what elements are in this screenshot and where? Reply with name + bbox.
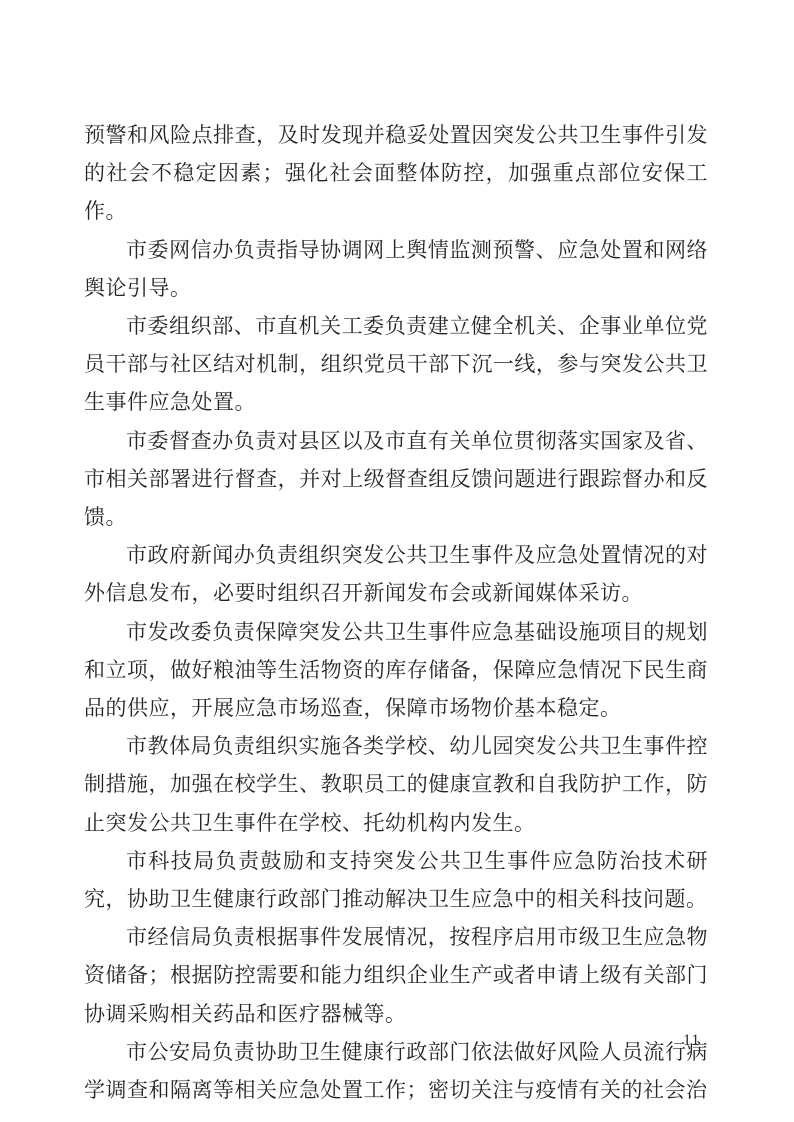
paragraph: 市委网信办负责指导协调网上舆情监测预警、应急处置和网络舆论引导。 bbox=[84, 231, 708, 307]
paragraph: 市科技局负责鼓励和支持突发公共卫生事件应急防治技术研究，协助卫生健康行政部门推动… bbox=[84, 842, 708, 918]
paragraph: 市委组织部、市直机关工委负责建立健全机关、企事业单位党员干部与社区结对机制，组织… bbox=[84, 307, 708, 422]
paragraph: 市教体局负责组织实施各类学校、幼儿园突发公共卫生事件控制措施，加强在校学生、教职… bbox=[84, 727, 708, 842]
paragraph: 市公安局负责协助卫生健康行政部门依法做好风险人员流行病学调查和隔离等相关应急处置… bbox=[84, 1033, 708, 1109]
page-number: 11 bbox=[683, 1032, 700, 1050]
paragraph: 市经信局负责根据事件发展情况，按程序启用市级卫生应急物资储备；根据防控需要和能力… bbox=[84, 918, 708, 1033]
document-page: 预警和风险点排查，及时发现并稳妥处置因突发公共卫生事件引发的社会不稳定因素；强化… bbox=[0, 0, 794, 1122]
paragraph: 市发改委负责保障突发公共卫生事件应急基础设施项目的规划和立项，做好粮油等生活物资… bbox=[84, 613, 708, 728]
paragraph: 市委督查办负责对县区以及市直有关单位贯彻落实国家及省、市相关部署进行督查，并对上… bbox=[84, 422, 708, 537]
paragraph: 市政府新闻办负责组织突发公共卫生事件及应急处置情况的对外信息发布，必要时组织召开… bbox=[84, 536, 708, 612]
document-body: 预警和风险点排查，及时发现并稳妥处置因突发公共卫生事件引发的社会不稳定因素；强化… bbox=[84, 116, 708, 1109]
paragraph: 预警和风险点排查，及时发现并稳妥处置因突发公共卫生事件引发的社会不稳定因素；强化… bbox=[84, 116, 708, 231]
